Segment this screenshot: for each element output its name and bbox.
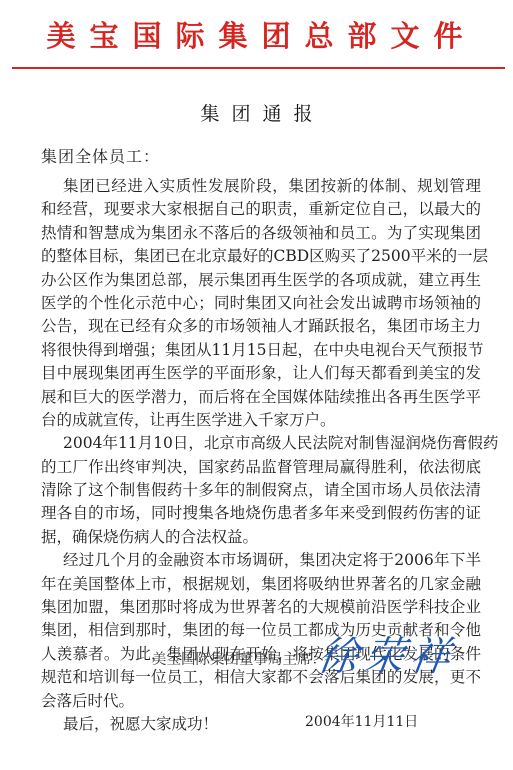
body-line: 热情和智慧成为集团永不落后的各级领袖和员工。为了实现集团 [41, 222, 481, 245]
body-line: 理各自的市场，同时搜集各地烧伤患者多年来受到假药伤害的证 [41, 502, 481, 525]
body-line: 办公区作为集团总部，展示集团再生医学的各项成就，建立再生 [41, 269, 481, 292]
body-line: 医学的个性化示范中心；同时集团又向社会发出诚聘市场领袖的 [41, 292, 481, 315]
body-line: 的整体目标，集团已在北京最好的CBD区购买了2500平米的一层 [41, 245, 481, 268]
salutation: 集团全体员工： [41, 145, 160, 169]
body-line: 会落后时代。 [41, 690, 481, 713]
document-date: 2004年11月11日 [305, 712, 418, 732]
body-line: 展和巨大的医学潜力，而后将在全国媒体陆续推出各再生医学平 [41, 386, 481, 409]
handwritten-signature: 徐荣祥 [314, 632, 459, 682]
body-line: 据，确保烧伤病人的合法权益。 [41, 526, 481, 549]
document-header-title: 美宝国际集团总部文件 [0, 16, 513, 56]
notice-title: 集团通报 [0, 100, 513, 128]
body-line: 公告，现在已经有众多的市场领袖人才踊跃报名，集团市场主力 [41, 315, 481, 338]
body-line: 集团加盟，集团那时将成为世界著名的大规模前沿医学科技企业 [41, 596, 481, 619]
header-divider [12, 67, 505, 69]
body-line: 的工厂作出终审判决，国家药品监督管理局赢得胜利，依法彻底 [41, 456, 481, 479]
body-line: 2004年11月10日，北京市高级人民法院对制售湿润烧伤膏假药 [41, 432, 481, 455]
body-line: 年在美国整体上市，根据规划，集团将吸纳世界著名的几家金融 [41, 573, 481, 596]
body-line: 将很快得到增强；集团从11月15日起，在中央电视台天气预报节 [41, 339, 481, 362]
body-line: 清除了这个制售假药十多年的制假窝点，请全国市场人员依法清 [41, 479, 481, 502]
body-line: 目中展现集团再生医学的平面形象，让人们每天都看到美宝的发 [41, 362, 481, 385]
body-line: 台的成就宣传，让再生医学进入千家万户。 [41, 409, 481, 432]
body-line: 经过几个月的金融资本市场调研，集团决定将于2006年下半 [41, 549, 481, 572]
body-line: 集团已经进入实质性发展阶段，集团按新的体制、规划管理 [41, 175, 481, 198]
body-line: 和经营，现要求大家根据自己的职责，重新定位自己，以最大的 [41, 198, 481, 221]
chairman-label: 美宝国际集团董事局主席： [152, 650, 326, 670]
